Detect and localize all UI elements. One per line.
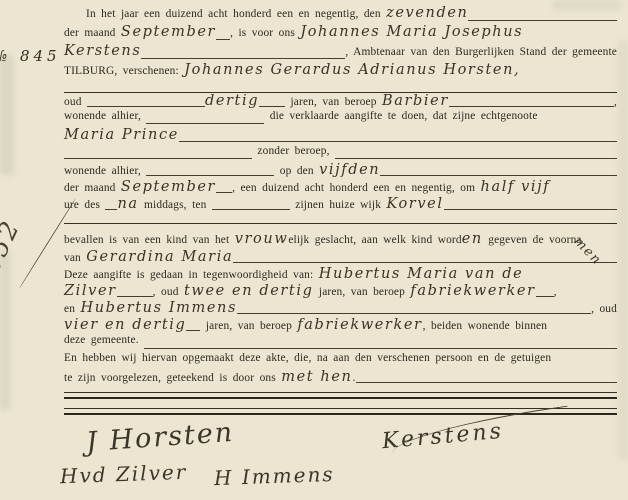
document-line: en Hubertus Immens, oud	[64, 300, 617, 317]
handwritten-entry: Maria Prince	[64, 127, 179, 143]
printed-text: ,	[614, 96, 617, 108]
printed-text: middags, ten	[139, 199, 212, 211]
handwritten-entry: Johannes Maria Josephus	[300, 24, 523, 40]
document-line: oud dertig jaren, van beroep Barbier,	[64, 93, 617, 110]
printed-text: die verklaarde aangifte te doen, dat zij…	[264, 110, 537, 122]
blank-fill-line	[380, 174, 617, 176]
printed-text: ure des	[64, 199, 105, 211]
document-line: zonder beroep,	[64, 145, 617, 162]
printed-text: TILBURG, verschenen:	[64, 65, 184, 77]
printed-text: jaren, van beroep	[313, 286, 410, 298]
printed-text: gegeven de voorna	[483, 234, 582, 246]
printed-text: te zijn voorgelezen, geteekend is door o…	[64, 372, 281, 384]
printed-text: deze gemeente.	[64, 334, 144, 346]
document-line: En hebben wij hiervan opgemaakt deze akt…	[64, 352, 617, 369]
printed-text: , is voor ons	[230, 27, 300, 39]
printed-text: op den	[274, 165, 319, 177]
closing-rule	[64, 392, 617, 399]
printed-text: en	[64, 303, 80, 315]
printed-text: zijnen huize wijk	[290, 199, 387, 211]
signature-immens: H Immens	[214, 462, 335, 490]
document-line: bevallen is van een kind van het vrouwel…	[64, 231, 617, 248]
printed-text: bevallen is van een kind van het	[64, 234, 235, 246]
blank-fill-line	[233, 261, 617, 263]
document-line: van Gerardina Maria	[64, 249, 617, 266]
signature-van-de-zilver: Hvd Zilver	[60, 460, 188, 488]
signature-kerstens: Kerstens	[381, 419, 505, 455]
printed-text: Deze aangifte is gedaan in tegenwoordigh…	[64, 269, 319, 281]
handwritten-entry: Johannes Gerardus Adrianus Horsten,	[184, 62, 520, 78]
blank-fill-line	[179, 140, 617, 142]
document-line: deze gemeente.	[64, 334, 617, 351]
printed-text: En hebben wij hiervan opgemaakt deze akt…	[64, 352, 551, 364]
blank-fill-line	[64, 91, 617, 93]
printed-text: , een duizend acht honderd een en negent…	[232, 182, 480, 194]
handwritten-entry: Korvel	[386, 196, 443, 212]
blank-fill-line	[237, 312, 591, 314]
handwritten-entry: Gerardina Maria	[86, 249, 233, 265]
blank-fill-line	[468, 19, 617, 21]
document-line: ure des na middags, ten zijnen huize wij…	[64, 196, 617, 213]
printed-text: ,	[554, 286, 557, 298]
blank-fill-line	[144, 347, 617, 349]
handwritten-entry: Hubertus Maria van de	[319, 266, 524, 282]
handwritten-entry: vier en dertig	[64, 317, 186, 333]
document-line: Kerstens, Ambtenaar van den Burgerlijken…	[64, 43, 617, 62]
handwritten-entry: Hubertus Immens	[80, 300, 237, 316]
handwritten-entry: September	[121, 24, 216, 40]
printed-text: der maand	[64, 182, 121, 194]
margin-annotation-852: 852	[0, 214, 26, 278]
blank-fill-line	[141, 57, 345, 59]
handwritten-entry: vrouw	[235, 231, 289, 247]
document-line: TILBURG, verschenen: Johannes Gerardus A…	[64, 62, 617, 81]
printed-text: , oud	[591, 303, 617, 315]
document-line: Maria Prince	[64, 127, 617, 144]
printed-text: jaren, van beroep	[285, 96, 382, 108]
handwritten-entry: met hen	[281, 369, 352, 385]
printed-text: jaren, van beroep	[200, 320, 297, 332]
blank-fill-line	[146, 122, 264, 124]
blank-fill-line	[259, 105, 285, 107]
handwritten-entry: na	[117, 196, 138, 212]
blank-fill-line	[87, 105, 205, 107]
page-edge-shading	[618, 40, 628, 460]
printed-text: oud	[64, 96, 87, 108]
dbl-line	[64, 392, 617, 402]
printed-text: In het jaar een duizend acht honderd een…	[86, 8, 386, 20]
printed-text: wonende alhier,	[64, 110, 146, 122]
handwritten-entry: half vijf	[481, 179, 551, 195]
blank-fill-line	[186, 329, 200, 331]
printed-text: , oud	[153, 286, 184, 298]
handwritten-entry: fabriekwerker	[410, 283, 535, 299]
printed-text: wonende alhier,	[64, 165, 146, 177]
signature-horsten: J Horsten	[85, 417, 235, 458]
act-number: № 845	[0, 47, 61, 65]
blank-fill-line	[444, 208, 617, 210]
blank-fill-line	[212, 208, 290, 210]
blank-fill-line	[335, 157, 617, 159]
document-line: wonende alhier, op den vijfden	[64, 162, 617, 179]
printed-text: , beiden wonende binnen	[423, 320, 548, 332]
document-line: der maand September, is voor ons Johanne…	[64, 24, 617, 43]
blank-fill-line	[146, 174, 274, 176]
rule-line	[64, 81, 617, 93]
handwritten-entry: September	[121, 179, 216, 195]
document-line: wonende alhier, die verklaarde aangifte …	[64, 110, 617, 127]
handwritten-entry: zevenden	[386, 5, 468, 21]
bleed-through-artifact	[0, 55, 14, 175]
blank-fill-line	[216, 38, 230, 40]
document-line: der maand September, een duizend acht ho…	[64, 179, 617, 196]
handwritten-entry: Barbier	[382, 93, 449, 109]
register-page-scan: № 845 852 In het jaar een duizend acht h…	[0, 0, 628, 500]
handwritten-entry: fabriekwerker	[297, 317, 422, 333]
blank-fill-line	[117, 295, 153, 297]
document-line: In het jaar een duizend acht honderd een…	[64, 5, 617, 24]
blank-fill-line	[105, 208, 117, 210]
document-line: vier en dertig jaren, van beroep fabriek…	[64, 317, 617, 334]
blank-fill-line	[64, 222, 617, 224]
printed-text: , Ambtenaar van den Burgerlijken Stand d…	[345, 46, 617, 58]
handwritten-entry: Kerstens	[64, 43, 141, 59]
document-line: Zilver, oud twee en dertig jaren, van be…	[64, 283, 617, 300]
document-line: Deze aangifte is gedaan in tegenwoordigh…	[64, 266, 617, 283]
blank-fill-line	[356, 381, 618, 383]
blank-fill-line	[449, 105, 614, 107]
blank-fill-line	[64, 157, 252, 159]
document-body: In het jaar een duizend acht honderd een…	[64, 5, 617, 418]
printed-text: elijk geslacht, aan welk kind word	[288, 234, 461, 246]
blank-fill-line	[216, 191, 232, 193]
printed-text: van	[64, 252, 86, 264]
handwritten-entry: dertig	[205, 93, 259, 109]
blank-fill-line	[536, 295, 554, 297]
printed-text: der maand	[64, 27, 121, 39]
handwritten-entry: twee en dertig	[184, 283, 313, 299]
handwritten-entry: vijfden	[319, 162, 380, 178]
sep-line	[64, 213, 617, 224]
handwritten-entry: en	[462, 231, 483, 247]
printed-text: zonder beroep,	[252, 145, 335, 157]
handwritten-entry: Zilver	[64, 283, 117, 299]
document-line: te zijn voorgelezen, geteekend is door o…	[64, 369, 617, 386]
